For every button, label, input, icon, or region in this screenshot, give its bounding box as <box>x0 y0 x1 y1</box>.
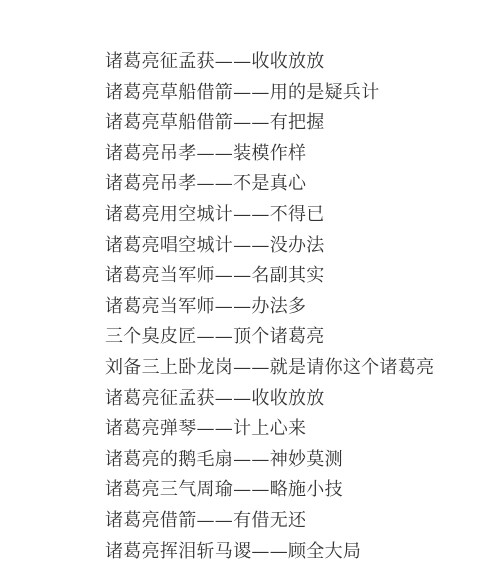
list-item: 诸葛亮借箭——有借无还 <box>105 506 485 537</box>
list-item: 诸葛亮三气周瑜——略施小技 <box>105 475 485 506</box>
list-item: 诸葛亮当军师——名副其实 <box>105 261 485 292</box>
list-item: 诸葛亮挥泪斩马谡——顾全大局 <box>105 537 485 568</box>
xiehouyu-list: 诸葛亮征孟获——收收放放诸葛亮草船借箭——用的是疑兵计诸葛亮草船借箭——有把握诸… <box>105 47 485 567</box>
list-item: 诸葛亮当军师——办法多 <box>105 292 485 323</box>
list-item: 诸葛亮草船借箭——有把握 <box>105 108 485 139</box>
list-item: 诸葛亮的鹅毛扇——神妙莫测 <box>105 445 485 476</box>
list-item: 诸葛亮吊孝——装模作样 <box>105 139 485 170</box>
document-page: 诸葛亮征孟获——收收放放诸葛亮草船借箭——用的是疑兵计诸葛亮草船借箭——有把握诸… <box>0 0 500 582</box>
list-item: 诸葛亮吊孝——不是真心 <box>105 169 485 200</box>
list-item: 诸葛亮唱空城计——没办法 <box>105 231 485 262</box>
list-item: 诸葛亮草船借箭——用的是疑兵计 <box>105 78 485 109</box>
list-item: 三个臭皮匠——顶个诸葛亮 <box>105 322 485 353</box>
list-item: 诸葛亮用空城计——不得已 <box>105 200 485 231</box>
list-item: 诸葛亮征孟获——收收放放 <box>105 47 485 78</box>
list-item: 诸葛亮征孟获——收收放放 <box>105 384 485 415</box>
list-item: 诸葛亮弹琴——计上心来 <box>105 414 485 445</box>
list-item: 刘备三上卧龙岗——就是请你这个诸葛亮 <box>105 353 485 384</box>
